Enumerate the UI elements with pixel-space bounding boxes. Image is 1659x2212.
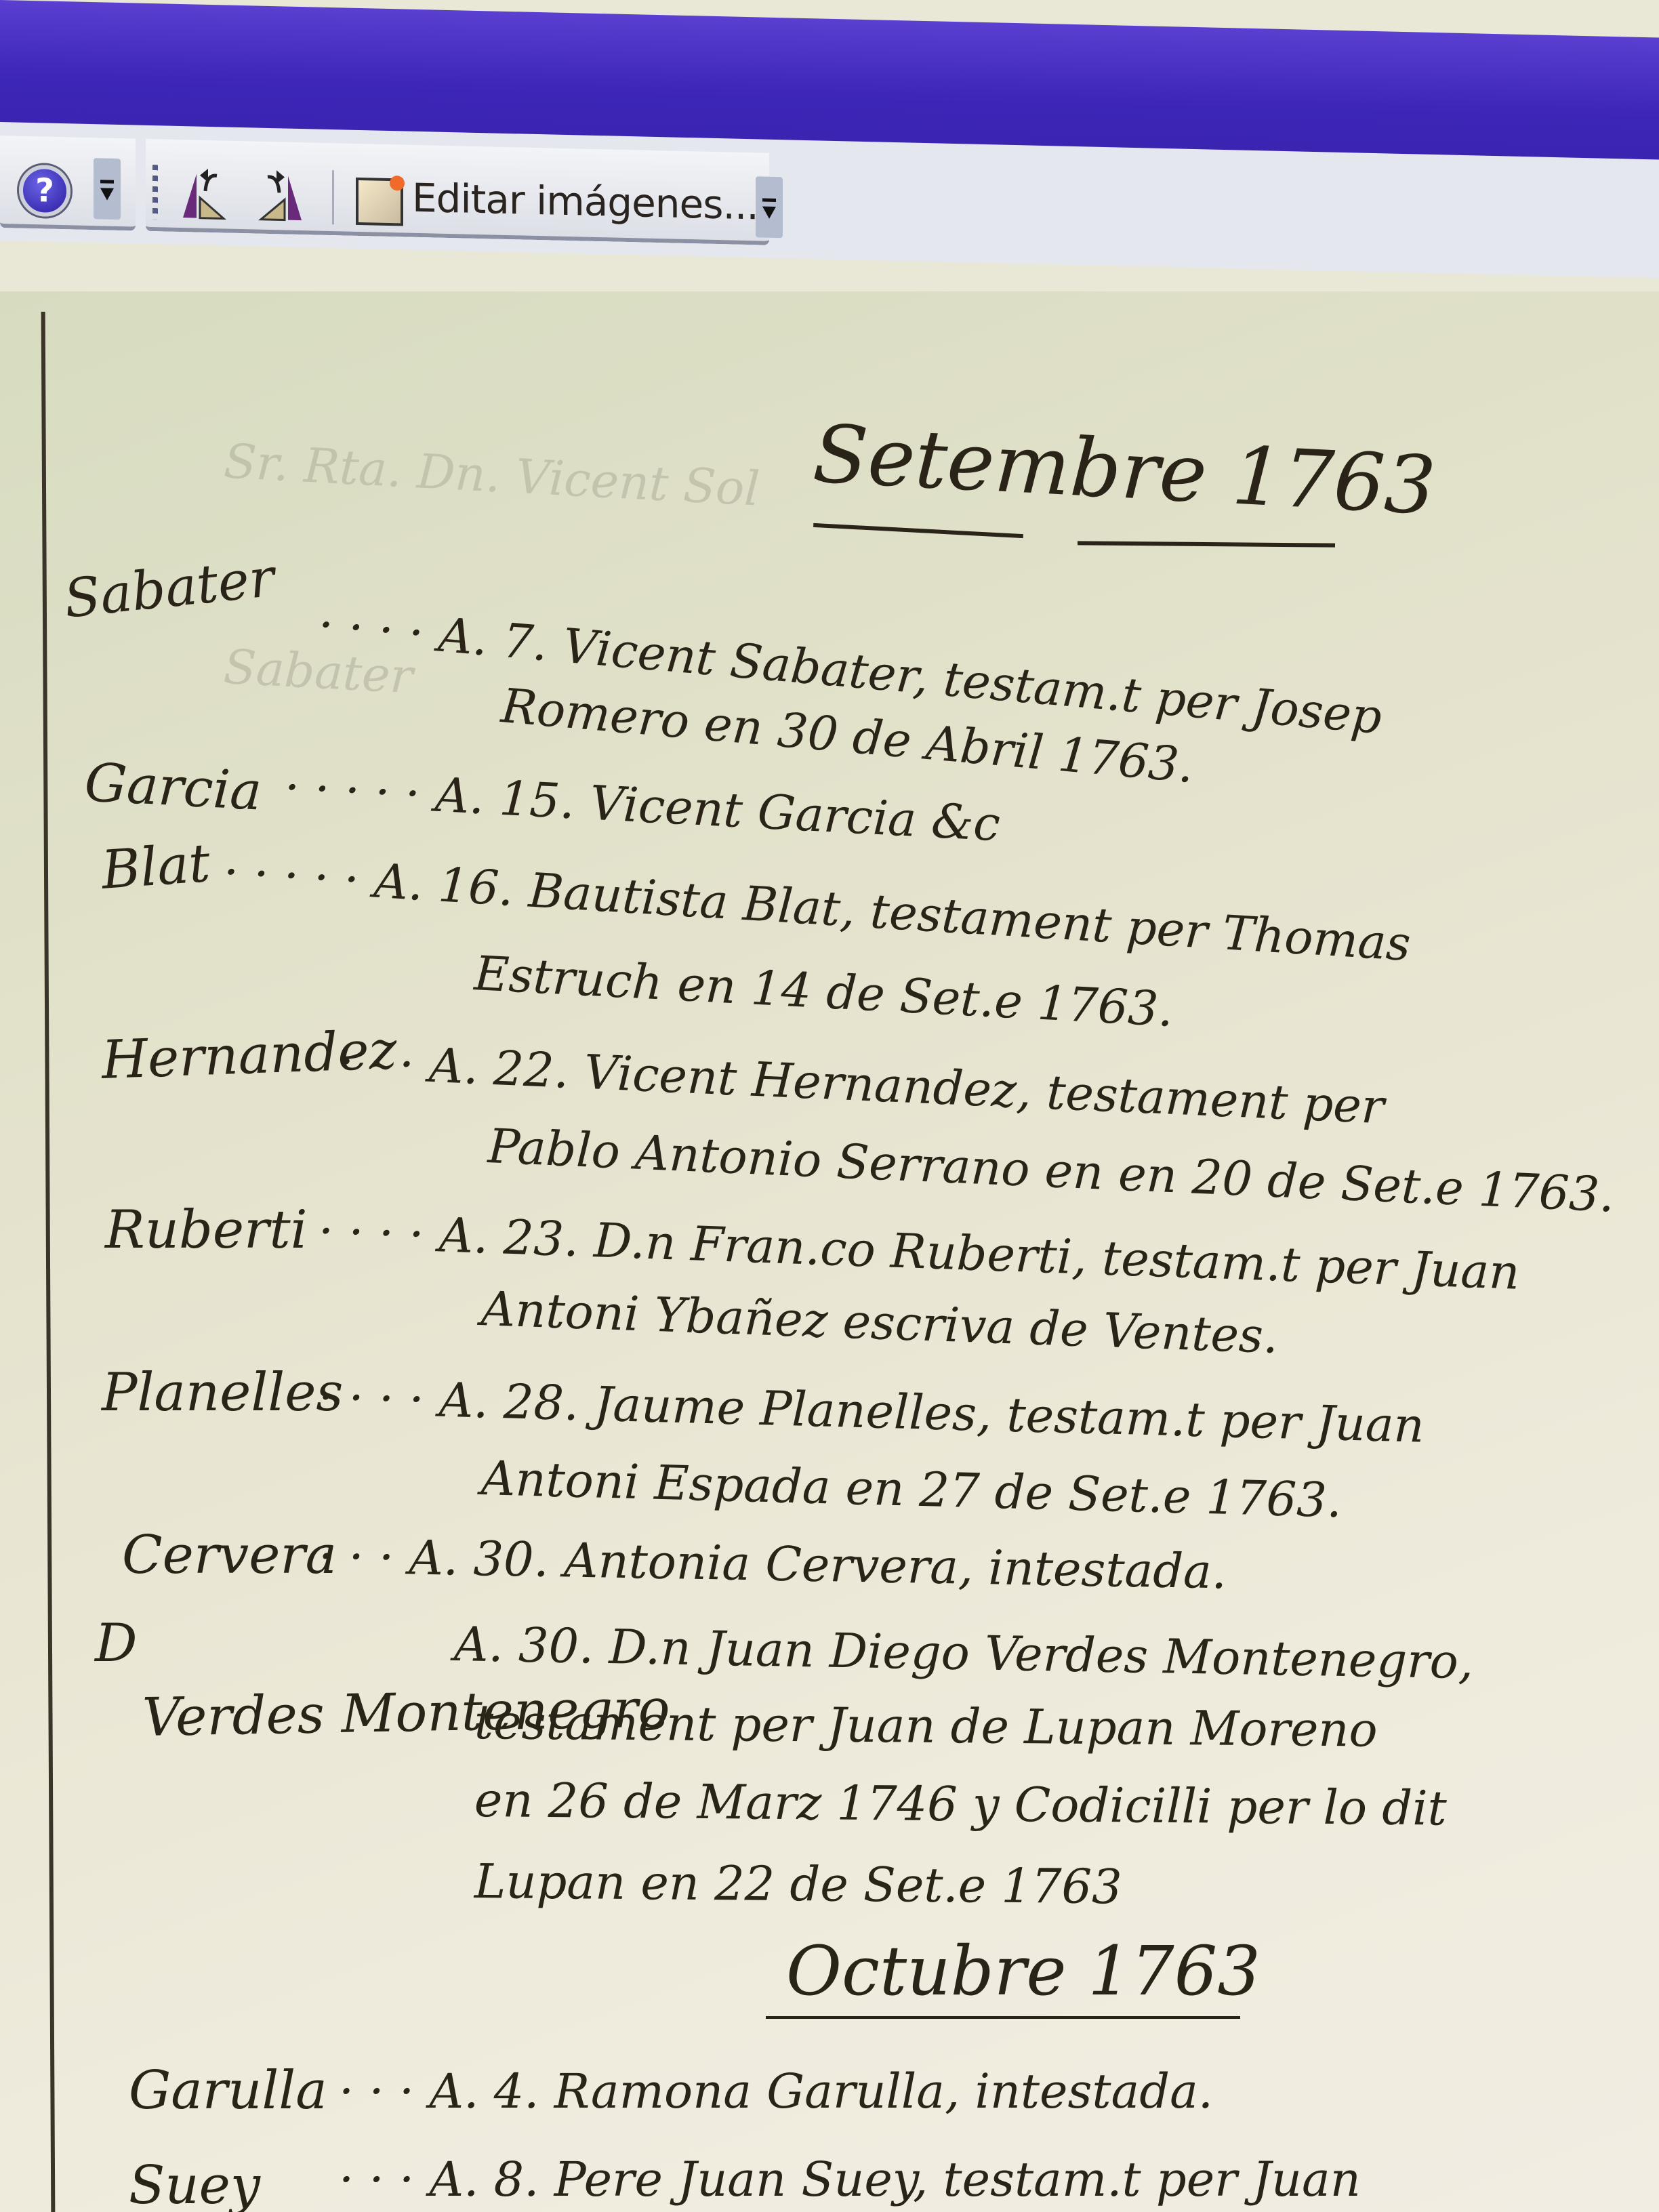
rotate-clockwise-icon[interactable] [251, 168, 305, 224]
entry-surname: Planelles [102, 1362, 343, 1423]
toolbar-grip-handle[interactable] [152, 165, 158, 219]
toolbar-overflow-chevron-down-icon[interactable] [94, 158, 121, 220]
entry-line: en 26 de Marz 1746 y Codicilli per lo di… [474, 1772, 1447, 1837]
entry-surname: Garulla [129, 2060, 327, 2121]
entry-text: A. 4. Ramona Garulla, intestada. [430, 2064, 1214, 2119]
help-icon[interactable]: ? [19, 165, 70, 218]
toolbar-section-help: ? [0, 136, 136, 231]
heading-underline [766, 2016, 1240, 2019]
toolbar-section-edit: Editar imágenes... [146, 139, 769, 245]
toolbar-overflow-chevron-down-icon[interactable] [756, 176, 783, 238]
edit-images-button[interactable]: Editar imágenes... [412, 175, 758, 229]
rotate-counterclockwise-icon[interactable] [180, 167, 234, 222]
entry-text: A. 8. Pere Juan Suey, testam.t per Juan [430, 2152, 1361, 2207]
edit-images-icon[interactable] [356, 178, 403, 226]
section-heading: Octubre 1763 [786, 1931, 1261, 2011]
margin-mark: D [95, 1613, 138, 1674]
entry-line: · · · A. 4. Ramona Garulla, intestada. [339, 2064, 1213, 2119]
entry-line: · · · A. 8. Pere Juan Suey, testam.t per… [339, 2152, 1361, 2207]
entry-surname: Ruberti [105, 1200, 308, 1261]
entry-surname: Blat [100, 833, 212, 901]
entry-surname: Suey [129, 2155, 260, 2212]
toolbar-separator [332, 170, 334, 224]
entry-surname: Garcia [83, 752, 264, 823]
entry-line: testament per Juan de Lupan Moreno [474, 1694, 1378, 1758]
entry-surname: Cervera [122, 1525, 337, 1586]
entry-line: Lupan en 22 de Set.e 1763 [474, 1853, 1122, 1914]
